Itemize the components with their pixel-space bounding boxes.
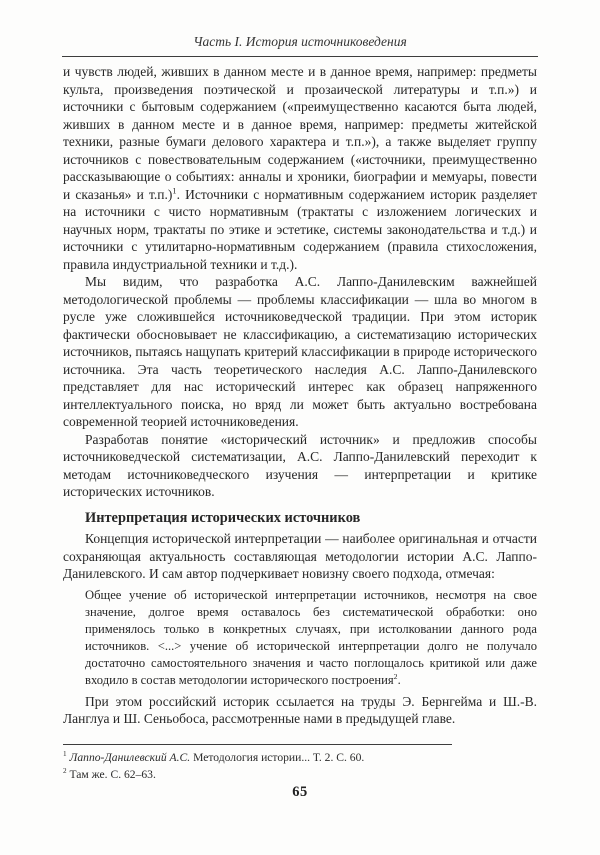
footnote-2: 2 Там же. С. 62–63. xyxy=(63,767,537,784)
paragraph-2: Мы видим, что разработка А.С. Лаппо-Дани… xyxy=(63,273,537,431)
paragraph-1: и чувств людей, живших в данном месте и … xyxy=(63,63,537,273)
book-page: Часть I. История источниковедения и чувс… xyxy=(0,0,600,855)
block-quote: Общее учение об исторической интерпретац… xyxy=(85,587,537,689)
page-number: 65 xyxy=(0,784,600,801)
paragraph-3: Разработав понятие «исторический источни… xyxy=(63,431,537,501)
paragraph-4: Концепция исторической интерпретации — н… xyxy=(63,530,537,583)
text-block: и чувств людей, живших в данном месте и … xyxy=(63,63,537,728)
footnote-area: 1 Лаппо-Данилевский А.С. Методология ист… xyxy=(63,744,537,783)
footnote-1: 1 Лаппо-Данилевский А.С. Методология ист… xyxy=(63,750,537,767)
section-heading: Интерпретация исторических источников xyxy=(63,510,537,528)
running-head: Часть I. История источниковедения xyxy=(63,34,537,50)
header-rule xyxy=(62,56,538,57)
paragraph-5: При этом российский историк ссылается на… xyxy=(63,693,537,728)
footnote-rule xyxy=(63,744,452,745)
